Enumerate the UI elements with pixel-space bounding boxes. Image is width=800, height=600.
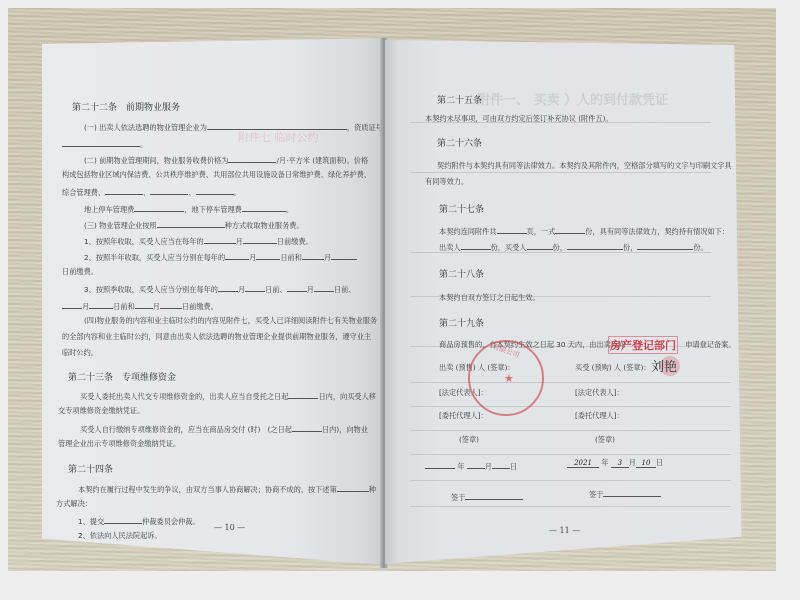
- art22-line13: 的全部内容和业主临时公约，同意由出卖人依法选聘的物业管理企业提供前期物业服务，遵…: [62, 333, 371, 340]
- blank-field[interactable]: [287, 284, 307, 292]
- article-26-title: 第二十六条: [437, 140, 482, 149]
- blank-field[interactable]: [256, 252, 280, 260]
- art22-line11: 月日前和月日前缴费。: [62, 301, 218, 310]
- art27-line1: 本契约连同附件共页，一式份，具有同等法律效力，契约持有情况如下：: [439, 226, 729, 235]
- art22-line14: 临时公约。: [62, 349, 98, 356]
- article-25-title: 第二十五条: [437, 97, 482, 106]
- buyer-signature-label: 买受 (预购) 人 (签章)：: [575, 364, 651, 371]
- blank-field[interactable]: [196, 187, 234, 195]
- month-field[interactable]: 3: [611, 460, 629, 468]
- bleed-through-text: 附件七 临时公约: [238, 132, 319, 143]
- blank-field[interactable]: [135, 301, 153, 309]
- article-29-title: 第二十九条: [439, 320, 484, 329]
- blank-field[interactable]: [288, 391, 318, 399]
- month-field[interactable]: [467, 461, 485, 469]
- page-11: 附件一、 买卖 ）人的到付款凭证 第二十五条 本契约未尽事项，可由双方约定后签订…: [385, 40, 745, 580]
- blank-field[interactable]: [105, 187, 143, 195]
- blank-field[interactable]: [245, 284, 265, 292]
- article-27-title: 第二十七条: [439, 206, 484, 215]
- registration-dept-stamp: 房产登记部门: [608, 336, 678, 354]
- art26-line2: 有同等效力。: [425, 178, 468, 185]
- blank-field[interactable]: [104, 516, 142, 524]
- art23-line2: 交专项维修资金缴纳凭证。: [58, 407, 144, 414]
- blank-field[interactable]: [243, 236, 277, 244]
- art22-line2: (二) 前期物业管理期间，物业服务收费价格为/月·平方米 (建筑面积)。价格: [84, 155, 368, 164]
- buyer-seal: (签章): [595, 436, 615, 443]
- blank-field[interactable]: [218, 284, 238, 292]
- round-company-seal: 有限公司 ★: [468, 340, 544, 416]
- blank-field[interactable]: [134, 204, 184, 212]
- art23-line1: 买受人委托出卖人代交专项维修资金的，出卖人应当自受托之日起日内，向买受人移: [80, 391, 376, 400]
- art24-line4: 2、依法向人民法院起诉。: [78, 532, 162, 539]
- buyer-date: 2021 年 3月10日: [567, 459, 663, 468]
- seller-agent: [委托代理人]：: [439, 412, 488, 419]
- blank-field[interactable]: [292, 424, 322, 432]
- art23-line3: 买受人自行缴纳专项维修资金的，应当在商品房交付 (时) (之日起日内)，向物业: [80, 424, 368, 433]
- seller-date: 年 月日: [425, 461, 517, 470]
- year-field[interactable]: [425, 461, 455, 469]
- art22-line1b: 。: [62, 139, 147, 148]
- art22-line12: (四)物业服务的内容和业主临时公约的内容见附件七，买受人已详细阅读附件七有关物业…: [84, 317, 377, 324]
- place-field[interactable]: [465, 492, 523, 500]
- art23-line4: 管理企业出示专项维修资金缴纳凭证。: [58, 440, 180, 447]
- buyer-signed-at: 签于: [589, 489, 661, 498]
- year-field[interactable]: 2021: [567, 460, 599, 468]
- art25-line1: 本契约未尽事项，可由双方约定后签订补充协议 (附件五)。: [425, 115, 613, 122]
- blank-field[interactable]: [331, 252, 357, 260]
- day-field[interactable]: 10: [636, 460, 656, 468]
- buyer-legal-rep: [法定代表人]：: [575, 389, 624, 396]
- blank-field[interactable]: [62, 139, 140, 147]
- page-number-right: — 11 —: [549, 527, 580, 535]
- blank-field[interactable]: [160, 301, 182, 309]
- art22-line4: 综合管理费、、、。: [62, 187, 241, 196]
- art22-line3: 构成包括物业区域内保洁费、公共秩序维护费、共用部位共用设施设备日常维护费、绿化养…: [62, 171, 371, 178]
- article-23-title: 第二十三条 专项维修资金: [68, 374, 176, 383]
- article-28-title: 第二十八条: [439, 271, 484, 280]
- place-field[interactable]: [603, 489, 661, 497]
- blank-field[interactable]: [62, 301, 82, 309]
- art22-line7: 1、按照年收取，买受人应当在每年的月日前缴费。: [84, 236, 313, 245]
- art22-line1: (一) 出卖人依法选聘的物业管理企业为，资质证号为: [84, 122, 390, 131]
- blank-field[interactable]: [337, 484, 369, 492]
- art22-line6: (三) 物业管理企业按照种方式收取物业服务费。: [84, 220, 304, 229]
- art22-line9: 日前缴费。: [62, 268, 98, 275]
- blank-field[interactable]: [461, 242, 491, 250]
- blank-field[interactable]: [302, 252, 324, 260]
- art24-line1: 本契约在履行过程中发生的争议，由双方当事人协商解决；协商不成的，按下述第种: [78, 484, 376, 493]
- ghost-text: 附件一、 买卖 ）人的到付款凭证: [477, 94, 668, 107]
- art27-line2: 出卖人份，买受人份，份，份。: [439, 242, 708, 251]
- day-field[interactable]: [492, 461, 510, 469]
- blank-field[interactable]: [314, 284, 334, 292]
- art22-line5: 地上停车管理费，地下停车管理费。: [84, 204, 293, 213]
- blank-field[interactable]: [637, 242, 693, 250]
- page-10: 第二十二条 前期物业服务 (一) 出卖人依法选聘的物业管理企业为，资质证号为 附…: [42, 38, 389, 565]
- seller-seal: (签章): [459, 436, 479, 443]
- buyer-handwritten-signature: 刘艳: [651, 356, 677, 375]
- article-24-title: 第二十四条: [68, 466, 113, 475]
- seller-signed-at: 签于: [451, 492, 523, 501]
- article-22-title: 第二十二条 前期物业服务: [72, 104, 180, 113]
- art24-line2: 方式解决：: [56, 500, 92, 507]
- art22-line10: 3、按照季收取，买受人应当分别在每年的月日前、月日前、: [84, 284, 356, 293]
- blank-field[interactable]: [150, 187, 188, 195]
- page-number-left: — 10 —: [214, 524, 245, 532]
- art28-line1: 本契约自双方签订之日起生效。: [439, 294, 540, 301]
- blank-field[interactable]: [567, 242, 623, 250]
- blank-field[interactable]: [225, 252, 249, 260]
- blank-field[interactable]: [497, 226, 527, 234]
- blank-field[interactable]: [555, 226, 585, 234]
- art26-line1: 契约附件与本契约具有同等法律效力。本契约及其附件内，空格部分填写的文字与印刷文字…: [437, 162, 732, 169]
- blank-field[interactable]: [527, 242, 553, 250]
- blank-field[interactable]: [89, 301, 113, 309]
- art22-line8: 2、按照半年收取，买受人应当分别在每年的月日前和月: [84, 252, 357, 261]
- blank-field[interactable]: [157, 220, 225, 228]
- blank-field[interactable]: [207, 122, 347, 130]
- art24-line3: 1、提交仲裁委员会仲裁。: [78, 516, 200, 525]
- blank-field[interactable]: [204, 236, 236, 244]
- blank-field[interactable]: [242, 204, 286, 212]
- blank-field[interactable]: [228, 155, 276, 163]
- buyer-agent: [委托代理人]：: [575, 412, 624, 419]
